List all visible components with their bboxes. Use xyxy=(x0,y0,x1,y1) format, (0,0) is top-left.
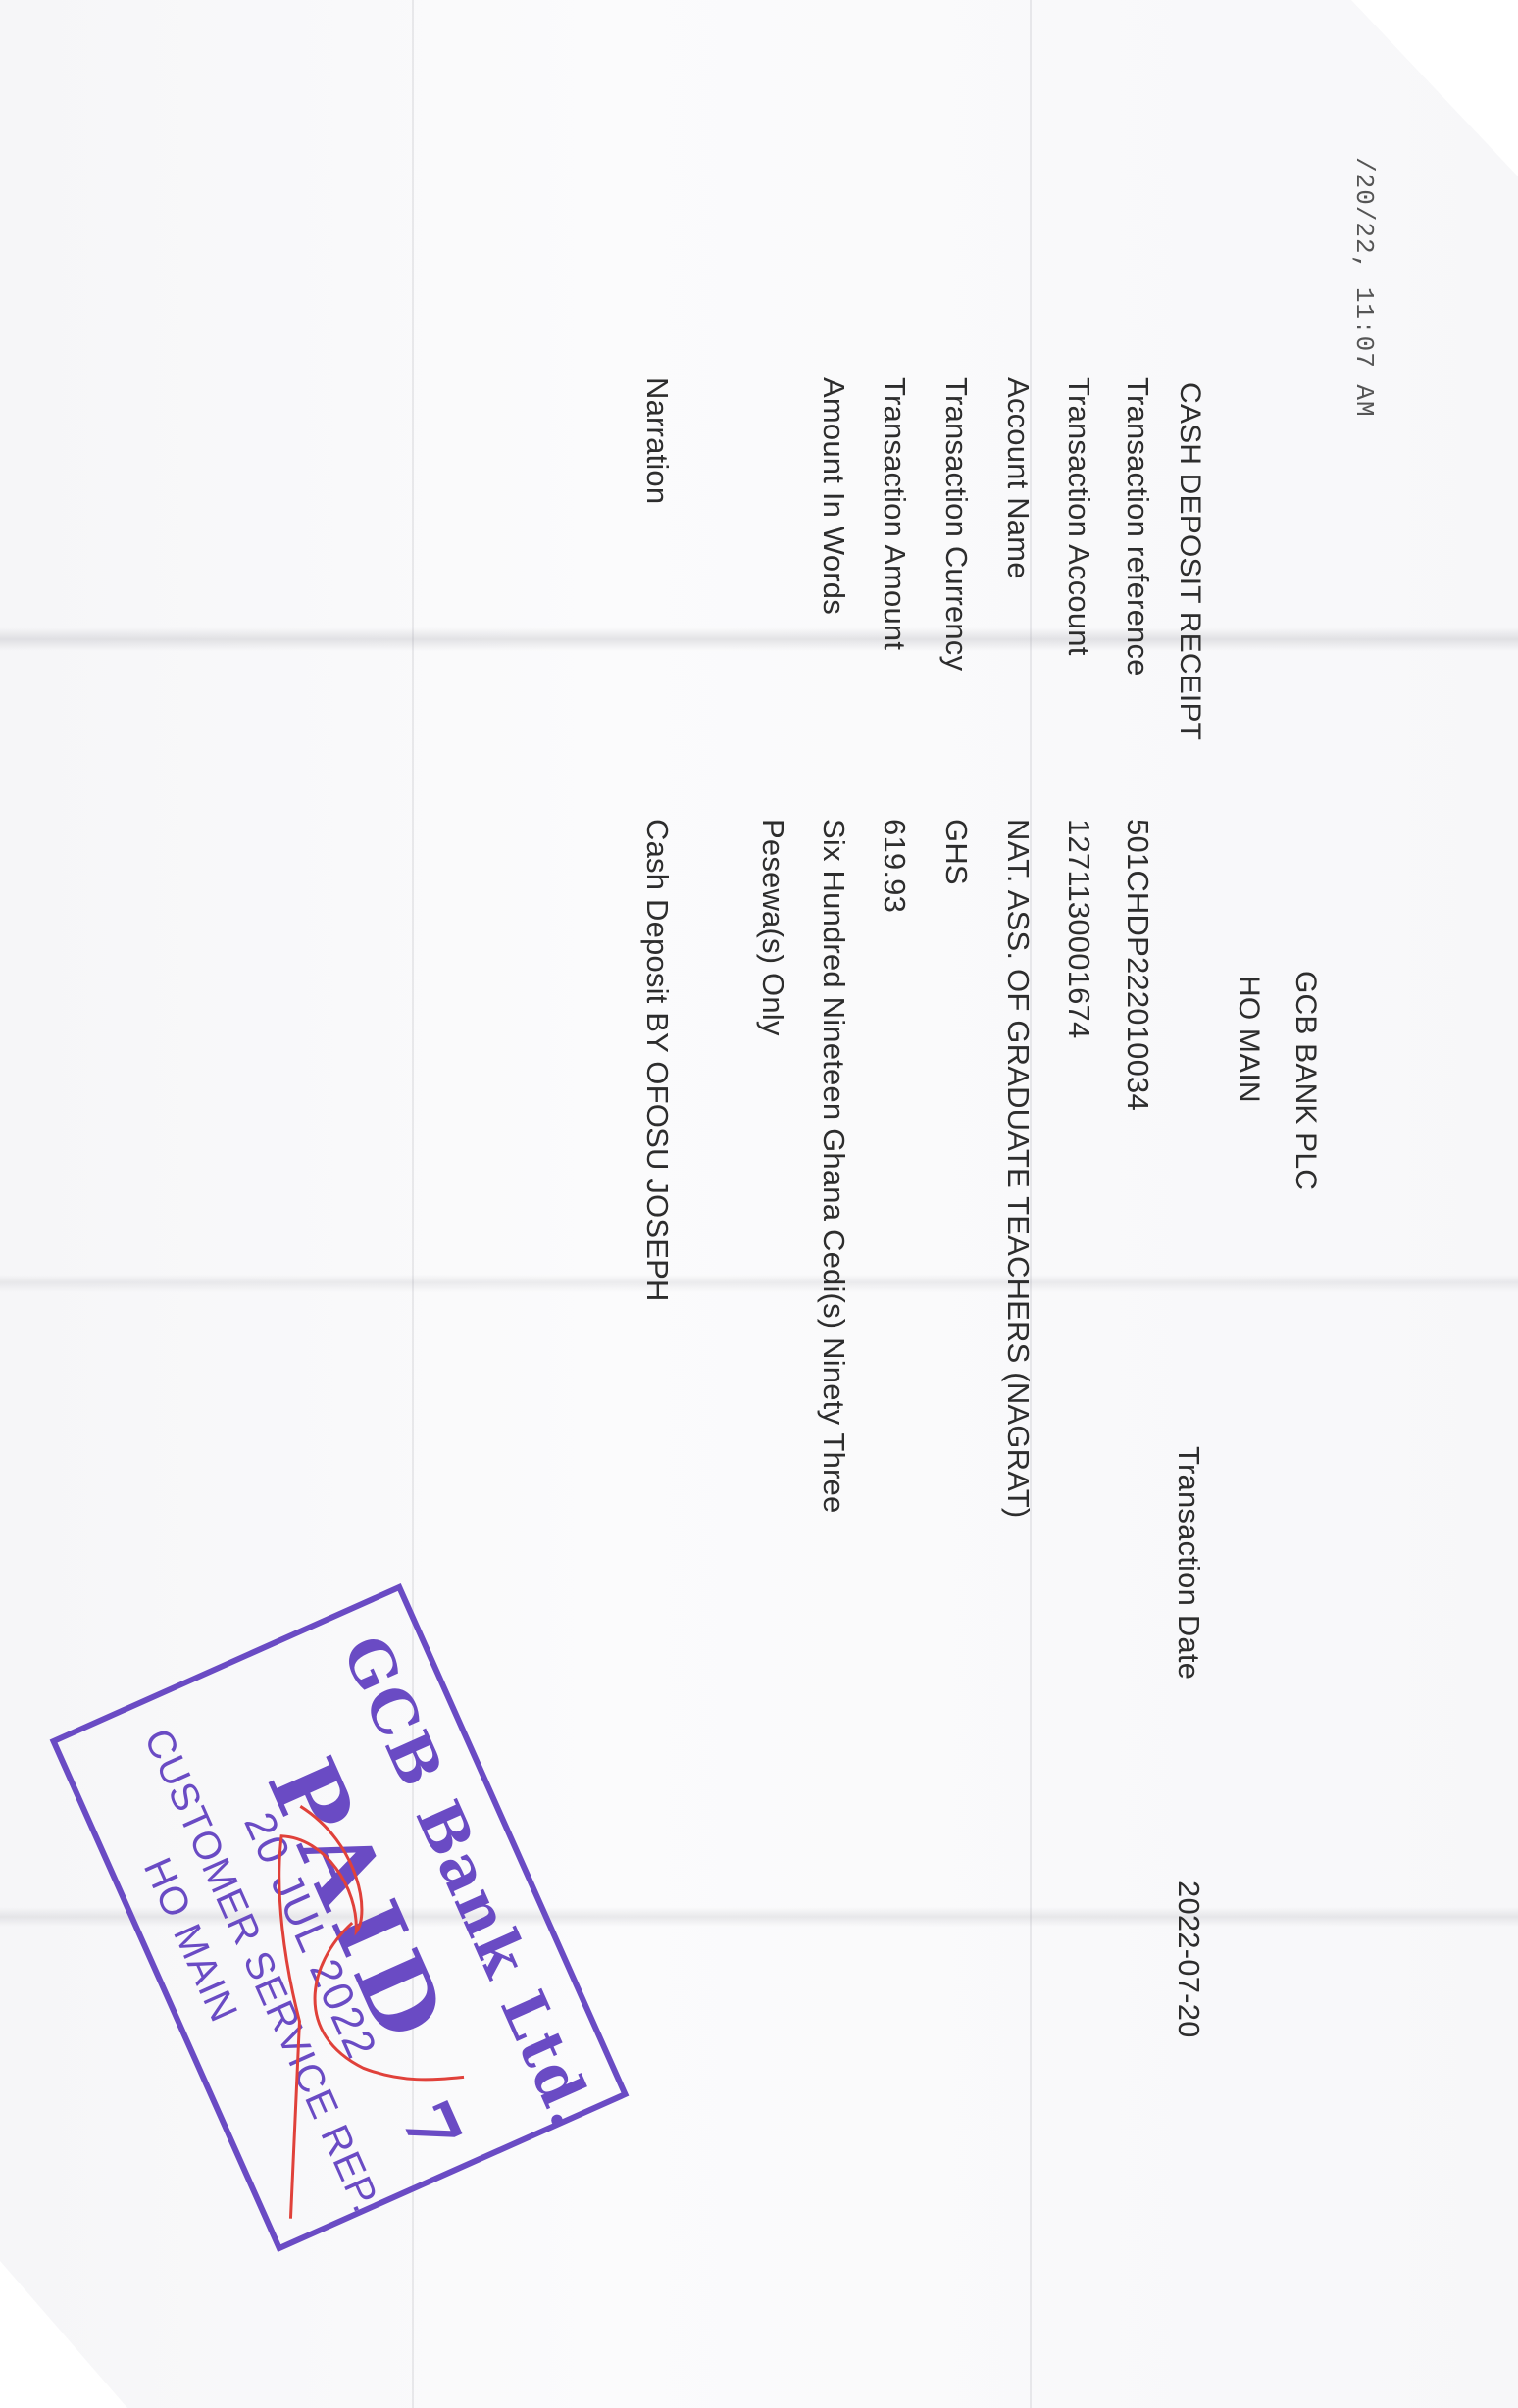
field-label: Transaction reference xyxy=(1120,377,1155,677)
field-label: Account Name xyxy=(1000,377,1036,579)
field-label: Transaction Amount xyxy=(877,377,912,650)
field-label: Amount In Words xyxy=(816,377,851,615)
branch-name: HO MAIN xyxy=(1232,976,1265,1103)
field-value-narration: Cash Deposit BY OFOSU JOSEPH xyxy=(639,819,675,1302)
print-timestamp: /20/22, 11:07 AM xyxy=(1349,157,1379,418)
stamp-number: 7 xyxy=(384,2089,479,2166)
field-value-amount-in-words-line2: Pesewa(s) Only xyxy=(755,819,790,1036)
field-value-amount: 619.93 xyxy=(877,819,912,913)
field-value-transaction-reference: 501CHDP222010034 xyxy=(1120,819,1155,1111)
receipt-title: CASH DEPOSIT RECEIPT xyxy=(1173,382,1206,740)
field-value-currency: GHS xyxy=(938,819,974,885)
field-label: Transaction Account xyxy=(1061,377,1096,656)
field-label: Narration xyxy=(639,377,675,504)
field-value-account-name: NAT. ASS. OF GRADUATE TEACHERS (NAGRAT) xyxy=(1000,819,1036,1518)
transaction-date-label: Transaction Date xyxy=(1171,1446,1206,1680)
field-label: Transaction Currency xyxy=(938,377,974,671)
transaction-date: 2022-07-20 xyxy=(1171,1881,1206,2038)
bank-name: GCB BANK PLC xyxy=(1289,971,1322,1190)
field-value-amount-in-words: Six Hundred Nineteen Ghana Cedi(s) Ninet… xyxy=(816,819,851,1513)
field-value-transaction-account: 1271130001674 xyxy=(1061,819,1096,1038)
